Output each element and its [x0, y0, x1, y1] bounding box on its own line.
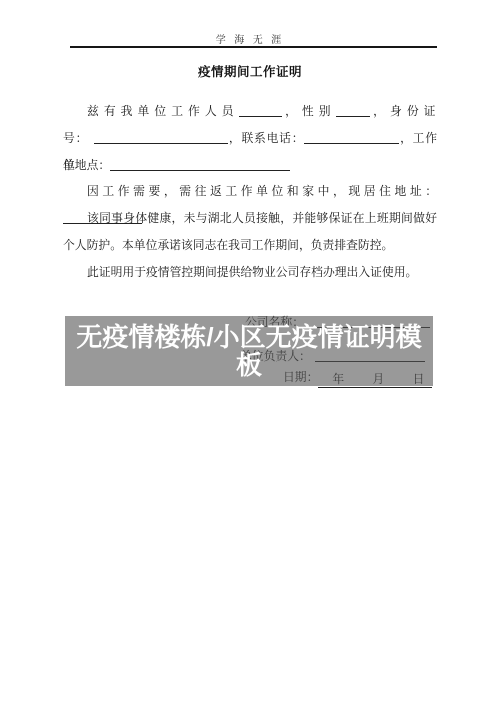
line1-text-end: ，身份证 — [370, 104, 437, 118]
watermark-banner: 无疫情楼栋/小区无疫情证明模板 — [65, 316, 433, 386]
phone-blank-field — [304, 133, 399, 144]
body-line-2: 号：，联系电话：，工作单 — [63, 125, 437, 152]
name-blank-field — [239, 106, 282, 117]
body-line-7: 此证明用于疫情管控期间提供给物业公司存档办理出入证使用。 — [63, 259, 437, 286]
gender-blank-field — [336, 106, 370, 117]
document-page: 学 海 无 涯 疫情期间工作证明 兹有我单位工作人员，性别，身份证 号：，联系电… — [0, 0, 500, 707]
brand-header: 学 海 无 涯 — [0, 31, 500, 46]
line2-text-pre: 号： — [63, 131, 88, 145]
work-address-blank-field — [110, 160, 290, 171]
line4-text-pre: 因工作需要，需往返工作单位和家中，现居住地址： — [87, 184, 437, 198]
header-rule-line — [70, 46, 437, 48]
body-line-1: 兹有我单位工作人员，性别，身份证 — [63, 98, 437, 125]
watermark-title: 无疫情楼栋/小区无疫情证明模板 — [65, 323, 433, 379]
line1-text-mid: ，性别 — [282, 104, 336, 118]
body-line-5: 该同事身体健康，未与湖北人员接触，并能够保证在上班期间做好 — [63, 205, 437, 232]
body-line-4: 因工作需要，需往返工作单位和家中，现居住地址： — [63, 178, 437, 205]
body-line-3: 位地点： — [63, 152, 437, 179]
body-line-6: 个人防护。本单位承诺该同志在我司工作期间，负责排查防控。 — [63, 232, 437, 259]
line2-text-mid: ，联系电话： — [228, 131, 304, 145]
line3-text-pre: 位地点： — [63, 158, 110, 172]
document-body: 兹有我单位工作人员，性别，身份证 号：，联系电话：，工作单 位地点： 因工作需要… — [63, 98, 437, 286]
id-number-blank-field — [94, 133, 228, 144]
line1-text-pre: 兹有我单位工作人员 — [87, 104, 239, 118]
document-title: 疫情期间工作证明 — [0, 62, 500, 80]
